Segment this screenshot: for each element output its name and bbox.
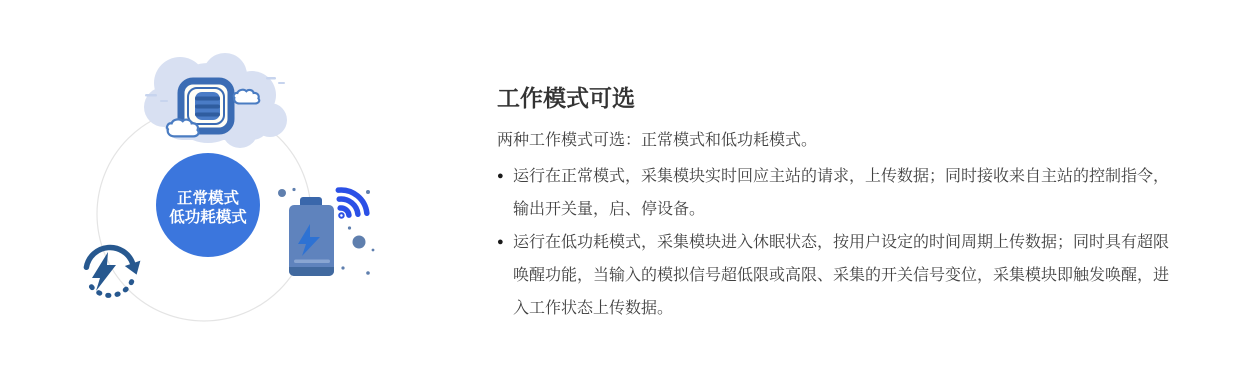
cloud-server-icon — [144, 53, 287, 148]
section-title: 工作模式可选 — [497, 86, 1173, 110]
bullet-item-low-power-mode: ● 运行在低功耗模式，采集模块进入休眠状态，按用户设定的时间周期上传数据；同时具… — [497, 226, 1173, 325]
battery-charge-icon — [289, 197, 334, 276]
bullet-line: 运行在低功耗模式，采集模块进入休眠状态，按用户设定的时间周期上传数据；同时具有超… — [513, 226, 1173, 259]
database-icon — [195, 92, 220, 120]
feature-bullet-list: ● 运行在正常模式，采集模块实时回应主站的请求，上传数据；同时接收来自主站的控制… — [497, 160, 1173, 325]
feature-section: 正常模式 低功耗模式 — [0, 0, 1260, 387]
bullet-marker: ● — [497, 226, 513, 259]
bullet-line: 入工作状态上传数据。 — [513, 292, 1173, 325]
bullet-item-normal-mode: ● 运行在正常模式，采集模块实时回应主站的请求，上传数据；同时接收来自主站的控制… — [497, 160, 1173, 226]
section-intro: 两种工作模式可选：正常模式和低功耗模式。 — [497, 124, 1173, 157]
wifi-signal-icon — [338, 187, 367, 216]
mode-badge-line1: 正常模式 — [177, 188, 240, 207]
bullet-line: 唤醒功能，当输入的模拟信号超低限或高限、采集的开关信号变位，采集模块即触发唤醒，… — [513, 259, 1173, 292]
feature-content: 工作模式可选 两种工作模式可选：正常模式和低功耗模式。 ● 运行在正常模式，采集… — [497, 86, 1173, 325]
dotted-arc — [88, 282, 132, 296]
work-mode-illustration: 正常模式 低功耗模式 — [80, 45, 395, 330]
mode-badge-line2: 低功耗模式 — [169, 207, 247, 226]
mode-badge: 正常模式 低功耗模式 — [156, 153, 260, 257]
bullet-line: 输出开关量，启、停设备。 — [513, 193, 1173, 226]
bullet-line: 运行在正常模式，采集模块实时回应主站的请求，上传数据；同时接收来自主站的控制指令… — [513, 160, 1173, 193]
bullet-marker: ● — [497, 160, 513, 193]
lightning-bolt-icon — [92, 252, 116, 291]
